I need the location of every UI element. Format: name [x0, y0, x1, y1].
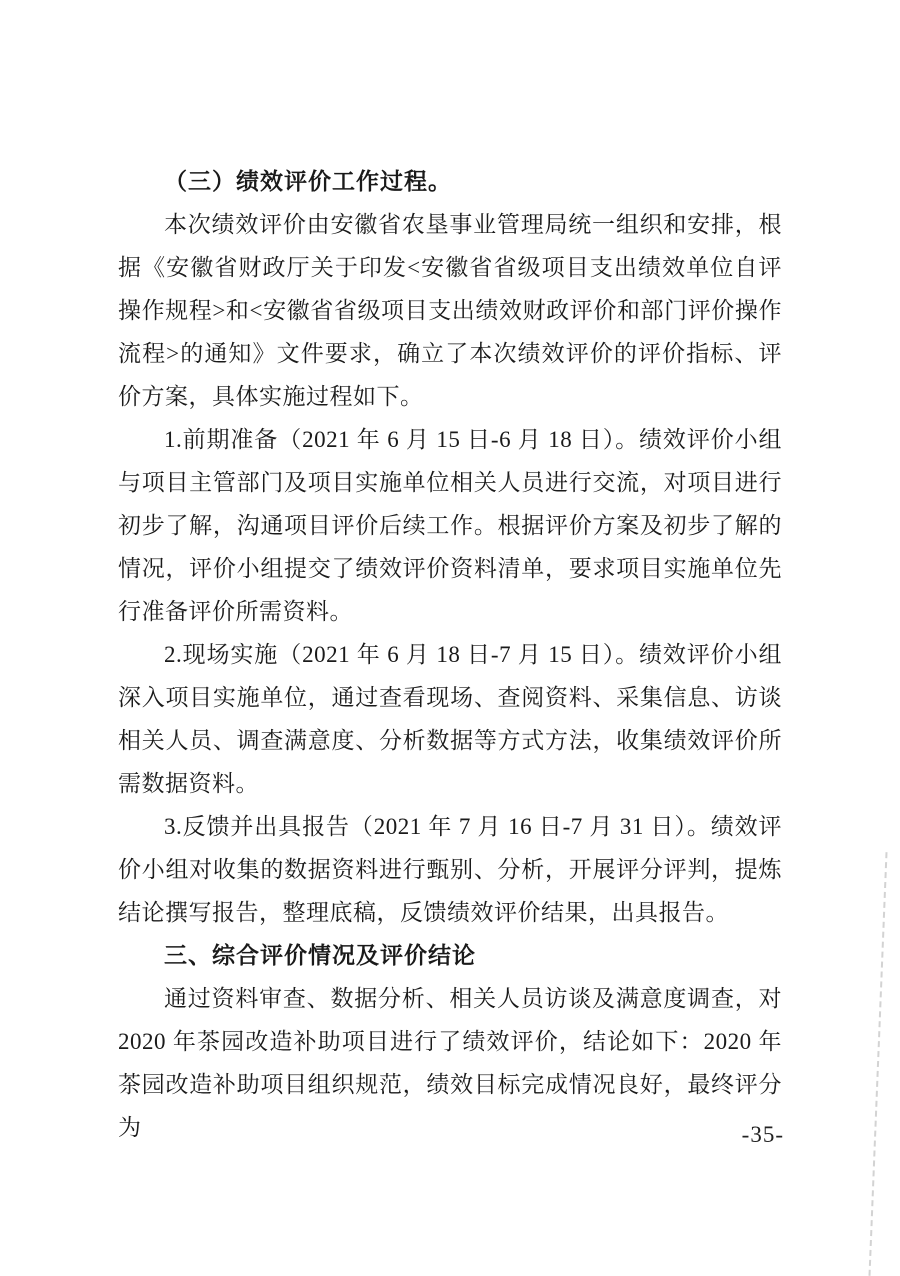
paragraph-evaluation-conclusion: 通过资料审查、数据分析、相关人员访谈及满意度调查，对 2020 年茶园改造补助项… — [118, 977, 782, 1149]
scan-artifact-dashed-line — [868, 852, 887, 1276]
page-content: （三）绩效评价工作过程。 本次绩效评价由安徽省农垦事业管理局统一组织和安排，根据… — [118, 160, 782, 1149]
paragraph-evaluation-organization: 本次绩效评价由安徽省农垦事业管理局统一组织和安排，根据《安徽省财政厅关于印发<安… — [118, 203, 782, 418]
page-number: -35- — [742, 1122, 784, 1148]
paragraph-step2-onsite-implementation: 2.现场实施（2021 年 6 月 18 日-7 月 15 日）。绩效评价小组深… — [118, 633, 782, 805]
section-heading-comprehensive-evaluation-conclusion: 三、综合评价情况及评价结论 — [118, 934, 782, 977]
document-page: （三）绩效评价工作过程。 本次绩效评价由安徽省农垦事业管理局统一组织和安排，根据… — [0, 0, 900, 1276]
section-heading-performance-evaluation-process: （三）绩效评价工作过程。 — [118, 160, 782, 203]
paragraph-step3-feedback-report: 3.反馈并出具报告（2021 年 7 月 16 日-7 月 31 日）。绩效评价… — [118, 805, 782, 934]
paragraph-step1-preparation: 1.前期准备（2021 年 6 月 15 日-6 月 18 日）。绩效评价小组与… — [118, 418, 782, 633]
